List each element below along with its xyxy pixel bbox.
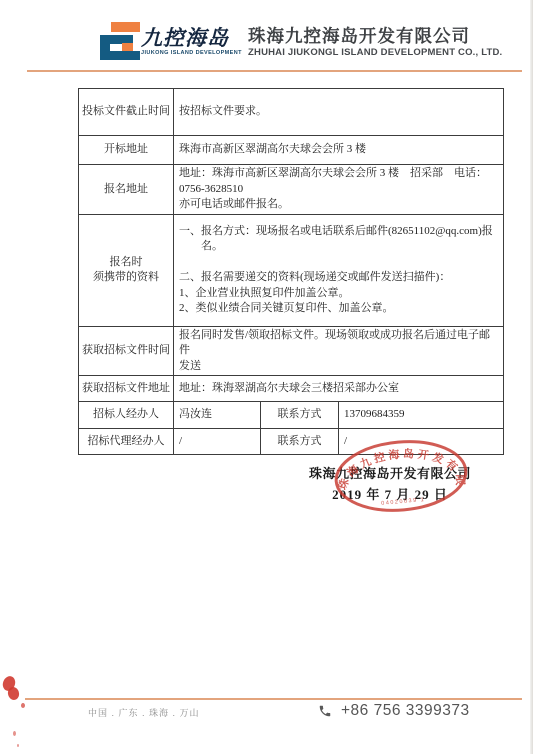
phone-icon: [318, 704, 332, 718]
signature-company: 珠海九控海岛开发有限公司: [300, 463, 480, 482]
scanned-document-page: 九控海岛 JIUKONG ISLAND DEVELOPMENT 珠海九控海岛开发…: [0, 0, 533, 754]
table-row: 开标地址 珠海市高新区翠湖高尔夫球会会所 3 楼: [79, 136, 504, 165]
footer-phone-number: +86 756 3399373: [341, 702, 470, 720]
table-row: 获取招标文件时间 报名同时发售/领取招标文件。现场领取或成功报名后通过电子邮件 …: [79, 326, 504, 376]
company-title-en: ZHUHAI JIUKONGL ISLAND DEVELOPMENT CO., …: [248, 47, 502, 58]
row-label-cell: 报名时 须携带的资料: [79, 214, 174, 326]
ink-speckle: [21, 703, 25, 708]
row-label-cell: 开标地址: [79, 136, 174, 165]
contact-value-cell: 13709684359: [339, 402, 504, 429]
row-content-cell: 按招标文件要求。: [174, 89, 504, 136]
row-content-cell: 地址：珠海市高新区翠湖高尔夫球会会所 3 楼 招采部 电话： 0756-3628…: [174, 165, 504, 215]
row-label-cell: 招标代理经办人: [79, 429, 174, 455]
row-label-cell: 报名地址: [79, 165, 174, 215]
row-value-cell: 冯汝连: [174, 402, 261, 429]
ink-speckle: [13, 731, 16, 736]
company-logo-icon: [100, 22, 140, 60]
signature-block: 珠海九控海岛开发有限公司 2019 年 7 月 29 日: [300, 463, 480, 503]
row-content-cell: 珠海市高新区翠湖高尔夫球会会所 3 楼: [174, 136, 504, 165]
table-row: 招标人经办人 冯汝连 联系方式 13709684359: [79, 402, 504, 429]
footer-divider: [25, 698, 522, 700]
row-content-cell: 一、报名方式：现场报名或电话联系后邮件(82651102@qq.com)报 名。…: [174, 214, 504, 326]
ink-blot: [7, 686, 21, 701]
contact-label-cell: 联系方式: [261, 402, 339, 429]
signature-date: 2019 年 7 月 29 日: [300, 484, 480, 503]
ink-speckle: [17, 744, 19, 747]
row-label-cell: 获取招标文件地址: [79, 376, 174, 402]
tender-info-table: 投标文件截止时间 按招标文件要求。 开标地址 珠海市高新区翠湖高尔夫球会会所 3…: [78, 88, 504, 455]
row-content-cell: 报名同时发售/领取招标文件。现场领取或成功报名后通过电子邮件 发送: [174, 326, 504, 376]
row-content-cell: 地址：珠海翠湖高尔夫球会三楼招采部办公室: [174, 376, 504, 402]
table-row: 投标文件截止时间 按招标文件要求。: [79, 89, 504, 136]
footer-phone: +86 756 3399373: [318, 702, 470, 720]
table-row: 获取招标文件地址 地址：珠海翠湖高尔夫球会三楼招采部办公室: [79, 376, 504, 402]
contact-value-cell: /: [339, 429, 504, 455]
logo-brand-cn: 九控海岛: [141, 22, 236, 52]
footer-location: 中国 . 广东 . 珠海 . 万山: [88, 706, 200, 719]
row-value-cell: /: [174, 429, 261, 455]
table-row: 报名地址 地址：珠海市高新区翠湖高尔夫球会会所 3 楼 招采部 电话： 0756…: [79, 165, 504, 215]
table-row: 报名时 须携带的资料 一、报名方式：现场报名或电话联系后邮件(82651102@…: [79, 214, 504, 326]
contact-label-cell: 联系方式: [261, 429, 339, 455]
logo-brand-en: JIUKONG ISLAND DEVELOPMENT: [141, 50, 241, 56]
company-title-cn: 珠海九控海岛开发有限公司: [248, 23, 470, 48]
table-row: 招标代理经办人 / 联系方式 /: [79, 429, 504, 455]
row-label-cell: 投标文件截止时间: [79, 89, 174, 136]
header-divider: [27, 70, 522, 72]
row-label-cell: 招标人经办人: [79, 402, 174, 429]
row-label-cell: 获取招标文件时间: [79, 326, 174, 376]
